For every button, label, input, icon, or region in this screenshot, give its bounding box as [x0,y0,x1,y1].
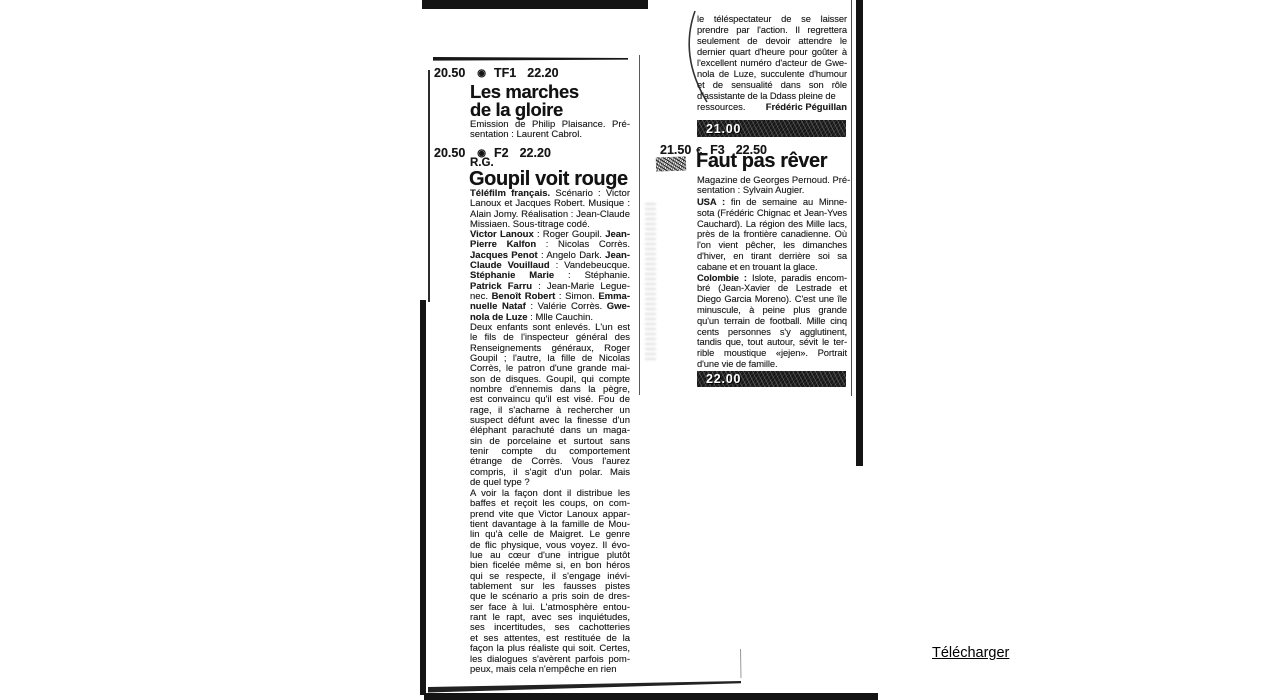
listing2-review: A voir la façon dont il distribue lesbaf… [470,489,630,675]
right-edge-dash [741,649,742,678]
listing1-credits: Emission de Philip Plaisance. Pré-sentat… [470,120,630,141]
listing3-program-title: Faut pas rêver [696,150,827,173]
listing1-start-time: 20.50 [434,66,465,80]
listing3-credits: Magazine de Georges Pernoud. Pré-sentati… [697,175,847,196]
scan-bottom-edge-bar [424,693,878,700]
listing1-channel: TF1 [494,66,516,80]
review-continuation: le téléspectateur de se laisserprendre p… [697,13,847,101]
download-link[interactable]: Télécharger [932,645,1009,661]
listing2-synopsis: Deux enfants sont enlevés. L'un estle fi… [470,323,630,489]
listing1-program-title: Les marchesde la gloire [470,83,579,118]
timeslot-bar-2200: 22.00 [697,371,846,387]
channel-bullet-icon: ◉ [477,68,486,79]
scanned-tv-guide-page: 20.50◉TF122.20 Les marchesde la gloire E… [0,0,1280,700]
scan-marks-overlay [0,0,1280,700]
channel-stamp-icon [656,156,686,171]
column-divider-rule [639,55,640,395]
review-byline-row: ressources. Frédéric Péguillan [697,101,847,112]
left-clipping-top-rule [433,57,628,61]
listing2-channel: F2 [494,146,509,160]
listing2-start-time: 20.50 [434,146,465,160]
right-clipping-edge-thin [851,0,852,396]
listing2-cast-list: Victor Lanoux : Roger Goupil. Jean-Pierr… [470,230,630,323]
left-clipping-edge-thin [428,70,430,302]
right-clipping-edge-thick [856,0,863,466]
listing3-start-time: 21.50 [660,143,691,157]
review-last-words: ressources. [697,101,745,112]
scan-top-edge-bar [422,0,648,9]
review-byline: Frédéric Péguillan [766,101,847,112]
left-clipping-bottom-rule [428,681,741,693]
listing2-end-time: 22.20 [520,146,551,160]
timeslot-2100-label: 21.00 [706,122,741,136]
listing1-time-row: 20.50◉TF122.20 [434,66,559,80]
listing1-end-time: 22.20 [527,66,558,80]
scan-smudge [645,202,656,360]
timeslot-2200-label: 22.00 [706,372,741,386]
left-clipping-edge-thick [420,300,426,695]
listing3-body: USA : fin de semaine au Minne-sota (Fréd… [697,197,847,370]
listing2-credits: Téléfilm français. Scénario : VictorLano… [470,189,630,230]
timeslot-bar-2100: 21.00 [697,120,846,137]
